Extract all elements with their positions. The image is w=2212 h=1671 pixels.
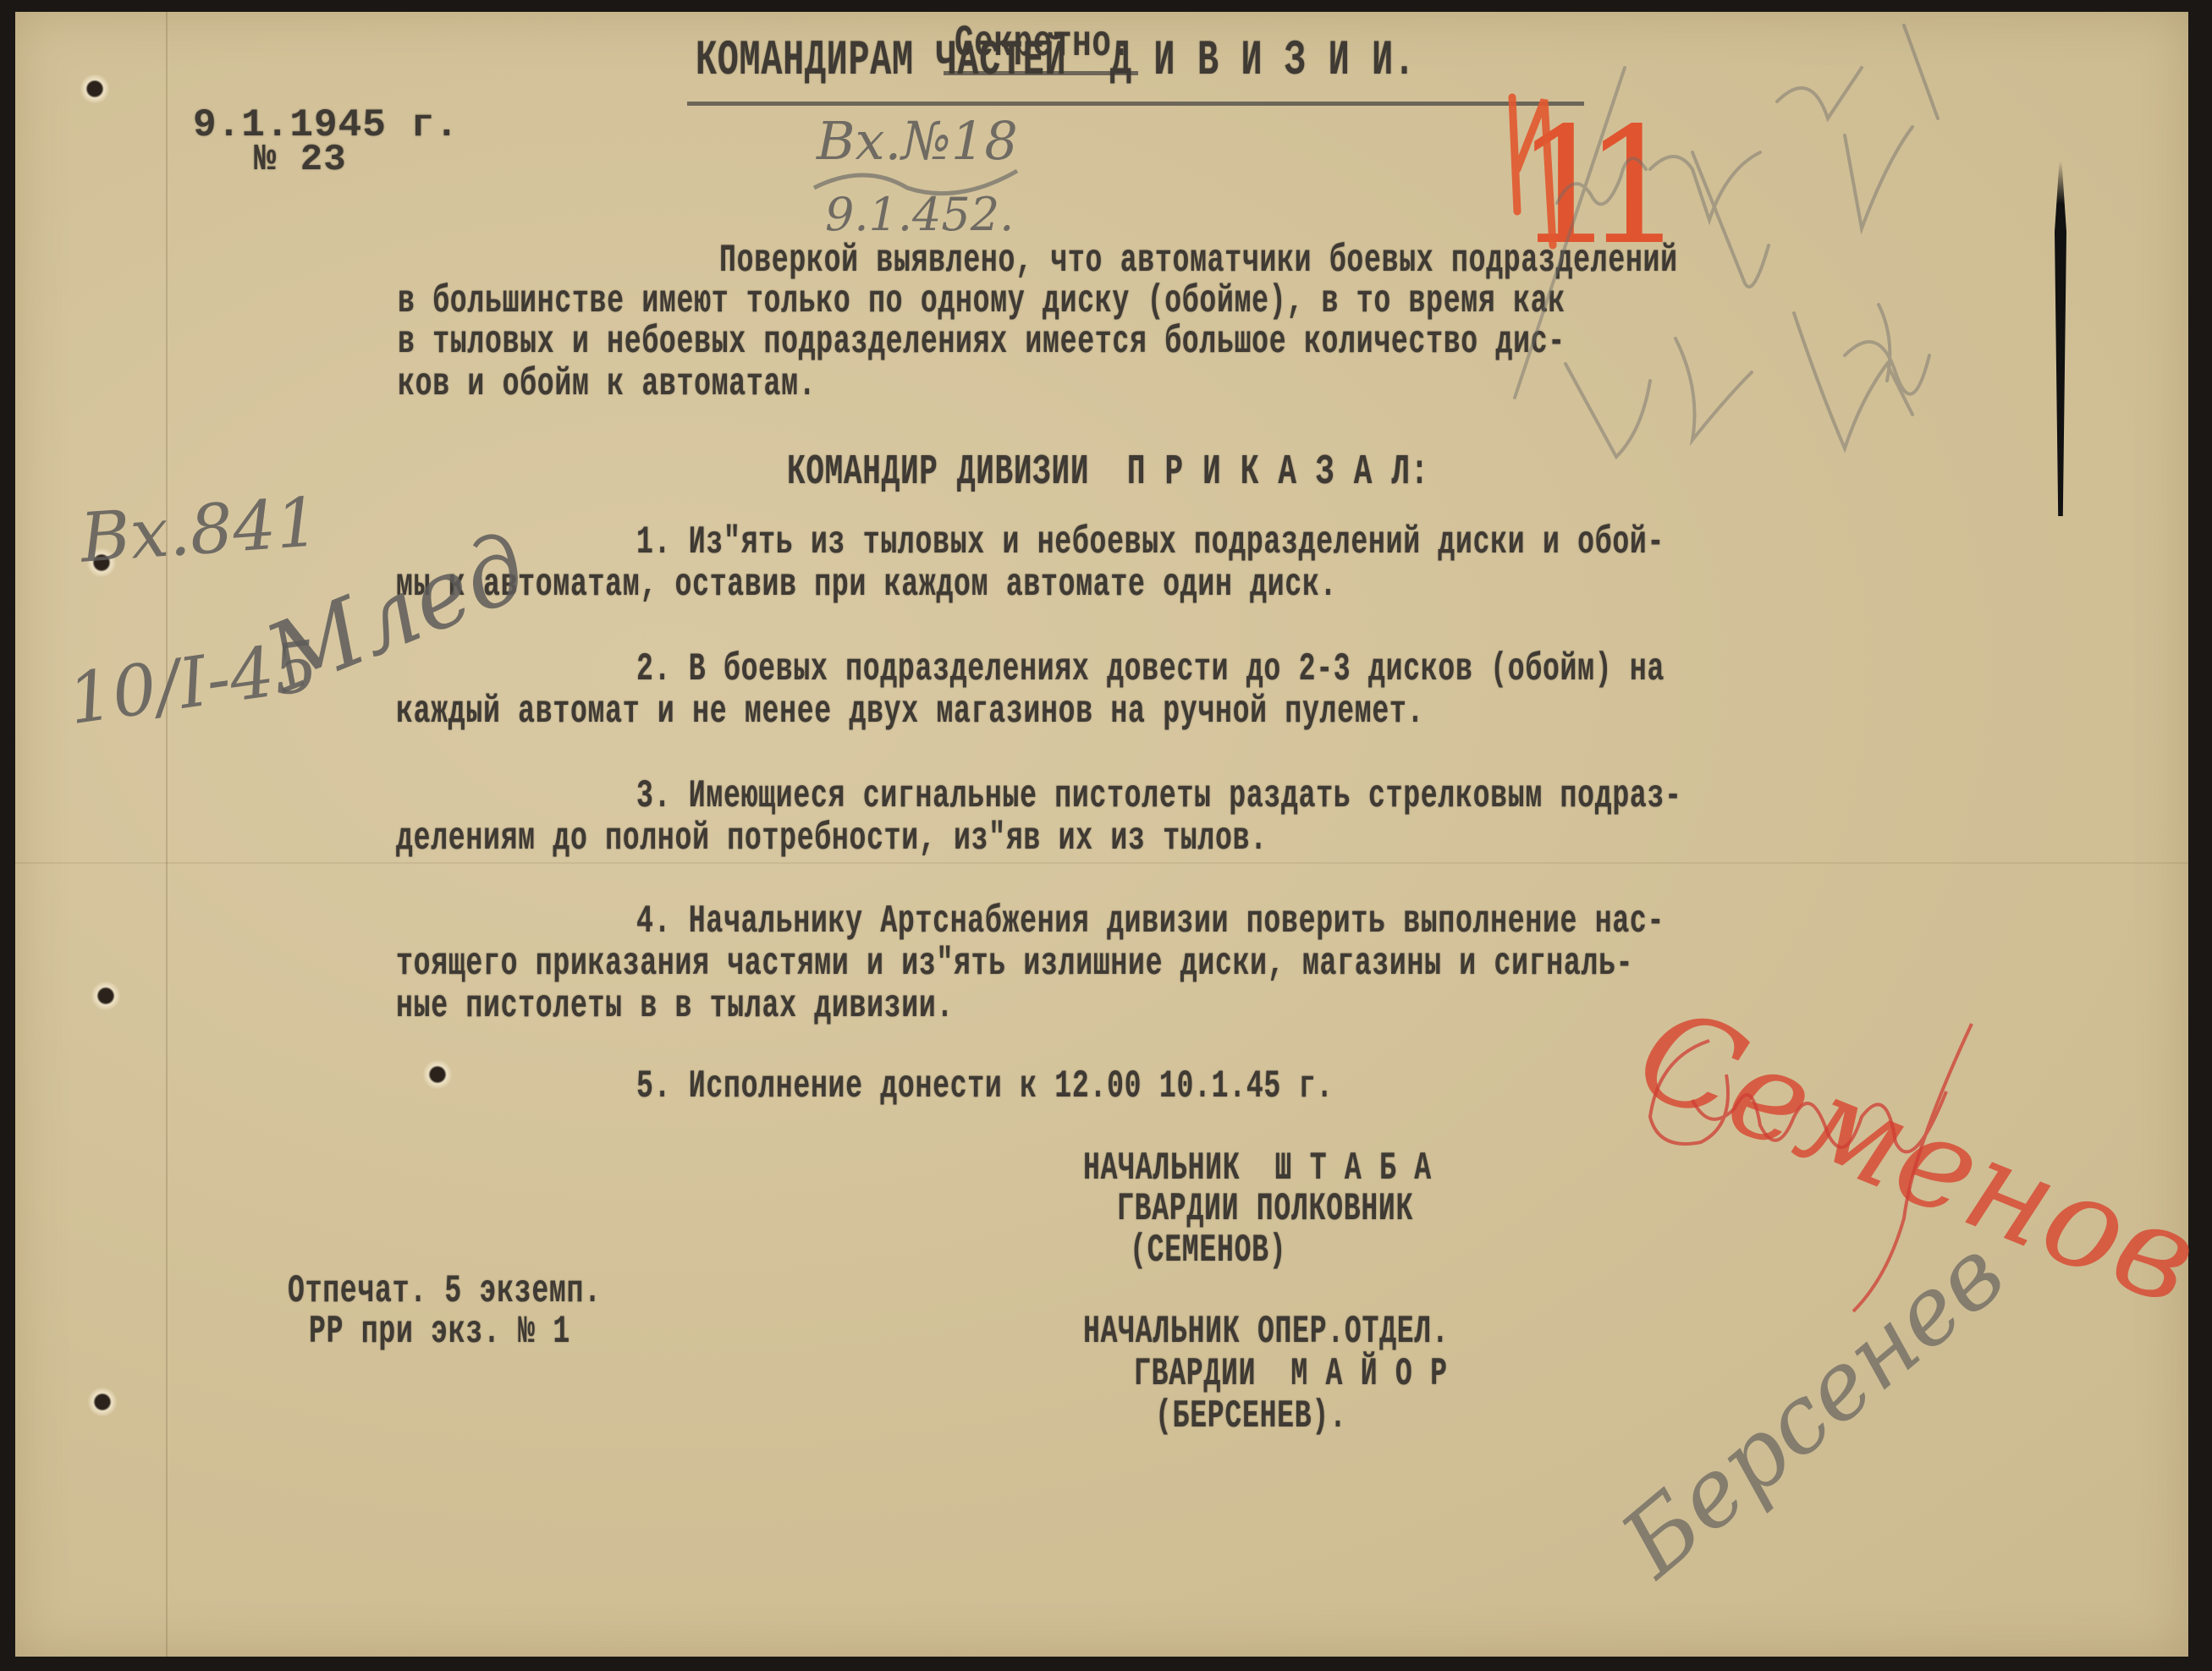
order-item-line: 3. Имеющиеся сигнальные пистолеты раздат… xyxy=(636,774,1682,818)
order-item-line: каждый автомат и не менее двух магазинов… xyxy=(396,690,1424,734)
signatory-title: НАЧАЛЬНИК Ш Т А Б А xyxy=(1083,1146,1432,1190)
punch-hole xyxy=(423,1060,452,1089)
addressee-underline xyxy=(687,102,1584,106)
order-item-line: 2. В боевых подразделениях довести до 2-… xyxy=(636,647,1665,691)
signatory-rank: ГВАРДИИ ПОЛКОВНИК xyxy=(1117,1187,1413,1231)
incoming-date: 9.1.452. xyxy=(825,188,1014,241)
signatory-name: (БЕРСЕНЕВ). xyxy=(1155,1394,1347,1438)
order-item-line: 5. Исполнение донести к 12.00 10.1.45 г. xyxy=(636,1064,1334,1108)
addressee-heading: КОМАНДИРАМ ЧАСТЕЙ Д И В И З И И. xyxy=(696,34,1416,89)
order-item-line: 1. Из"ять из тыловых и небоевых подразде… xyxy=(636,520,1665,564)
print-note-line: РР при экз. № 1 xyxy=(309,1310,570,1354)
punch-hole xyxy=(88,1388,117,1416)
incoming-number: Вх.№18 xyxy=(817,110,1018,172)
red-mark: 11 xyxy=(1515,93,1652,280)
punch-hole xyxy=(80,74,109,103)
intro-line: в тыловых и небоевых подразделениях имее… xyxy=(398,320,1565,364)
order-item-line: ные пистолеты в в тылах дивизии. xyxy=(396,984,954,1028)
intro-line: Поверкой выявлено, что автоматчики боевы… xyxy=(719,239,1938,283)
order-item-line: 4. Начальнику Артснабжения дивизии повер… xyxy=(636,899,1665,943)
intro-line: ков и обойм к автоматам. xyxy=(398,362,816,406)
order-item-line: делениям до полной потребности, из"яв их… xyxy=(396,816,1268,860)
print-note-line: Отпечат. 5 экземп. xyxy=(288,1269,602,1313)
signatory-title: НАЧАЛЬНИК ОПЕР.ОТДЕЛ. xyxy=(1083,1310,1450,1354)
order-heading: КОМАНДИР ДИВИЗИИ П Р И К А З А Л: xyxy=(787,448,1429,497)
fold-line-vertical xyxy=(166,12,168,1657)
signatory-name: (СЕМЕНОВ) xyxy=(1130,1229,1286,1272)
order-item-line: тоящего приказания частями и из"ять изли… xyxy=(396,942,1633,986)
document-number: № 23 xyxy=(254,139,347,181)
punch-hole xyxy=(91,981,120,1010)
left-note: Вх.841 xyxy=(78,482,322,577)
intro-line: в большинстве имеют только по одному дис… xyxy=(398,279,1565,323)
fold-line-horizontal xyxy=(15,862,2188,864)
signatory-rank: ГВАРДИИ М А Й О Р xyxy=(1134,1352,1448,1396)
